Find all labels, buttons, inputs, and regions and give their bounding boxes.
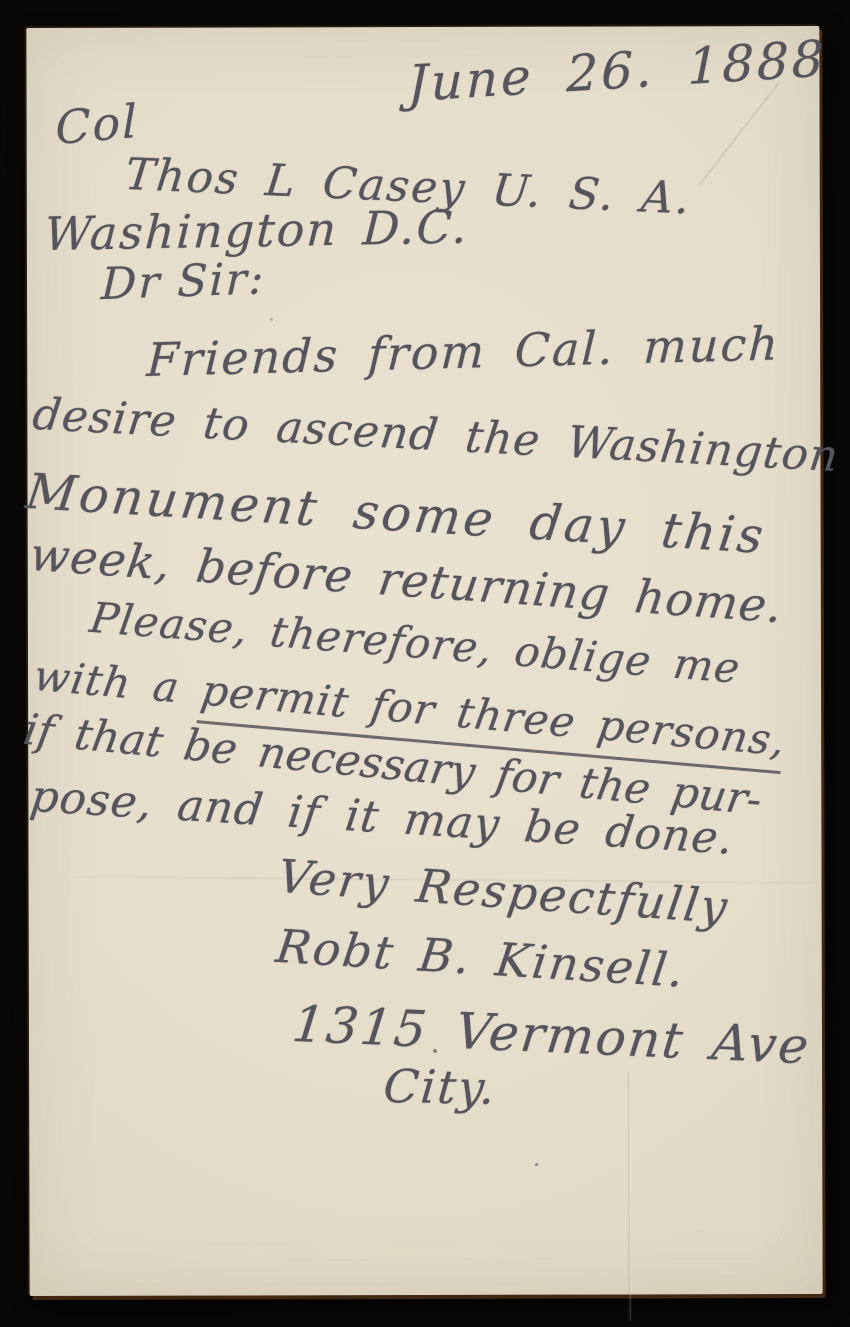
recipient-rank-line: Col: [55, 95, 139, 155]
ink-speck: [270, 318, 273, 321]
salutation-line: Dr Sir:: [100, 254, 266, 310]
fold-crease-vertical: [627, 1072, 632, 1320]
fold-crease-diagonal: [699, 81, 780, 185]
recipient-place-line: Washington D.C.: [43, 201, 470, 261]
city-line: City.: [381, 1060, 499, 1115]
photo-background: June 26. 1888 Col Thos L Casey U. S. A. …: [0, 0, 850, 1327]
ink-speck: [535, 1163, 538, 1166]
